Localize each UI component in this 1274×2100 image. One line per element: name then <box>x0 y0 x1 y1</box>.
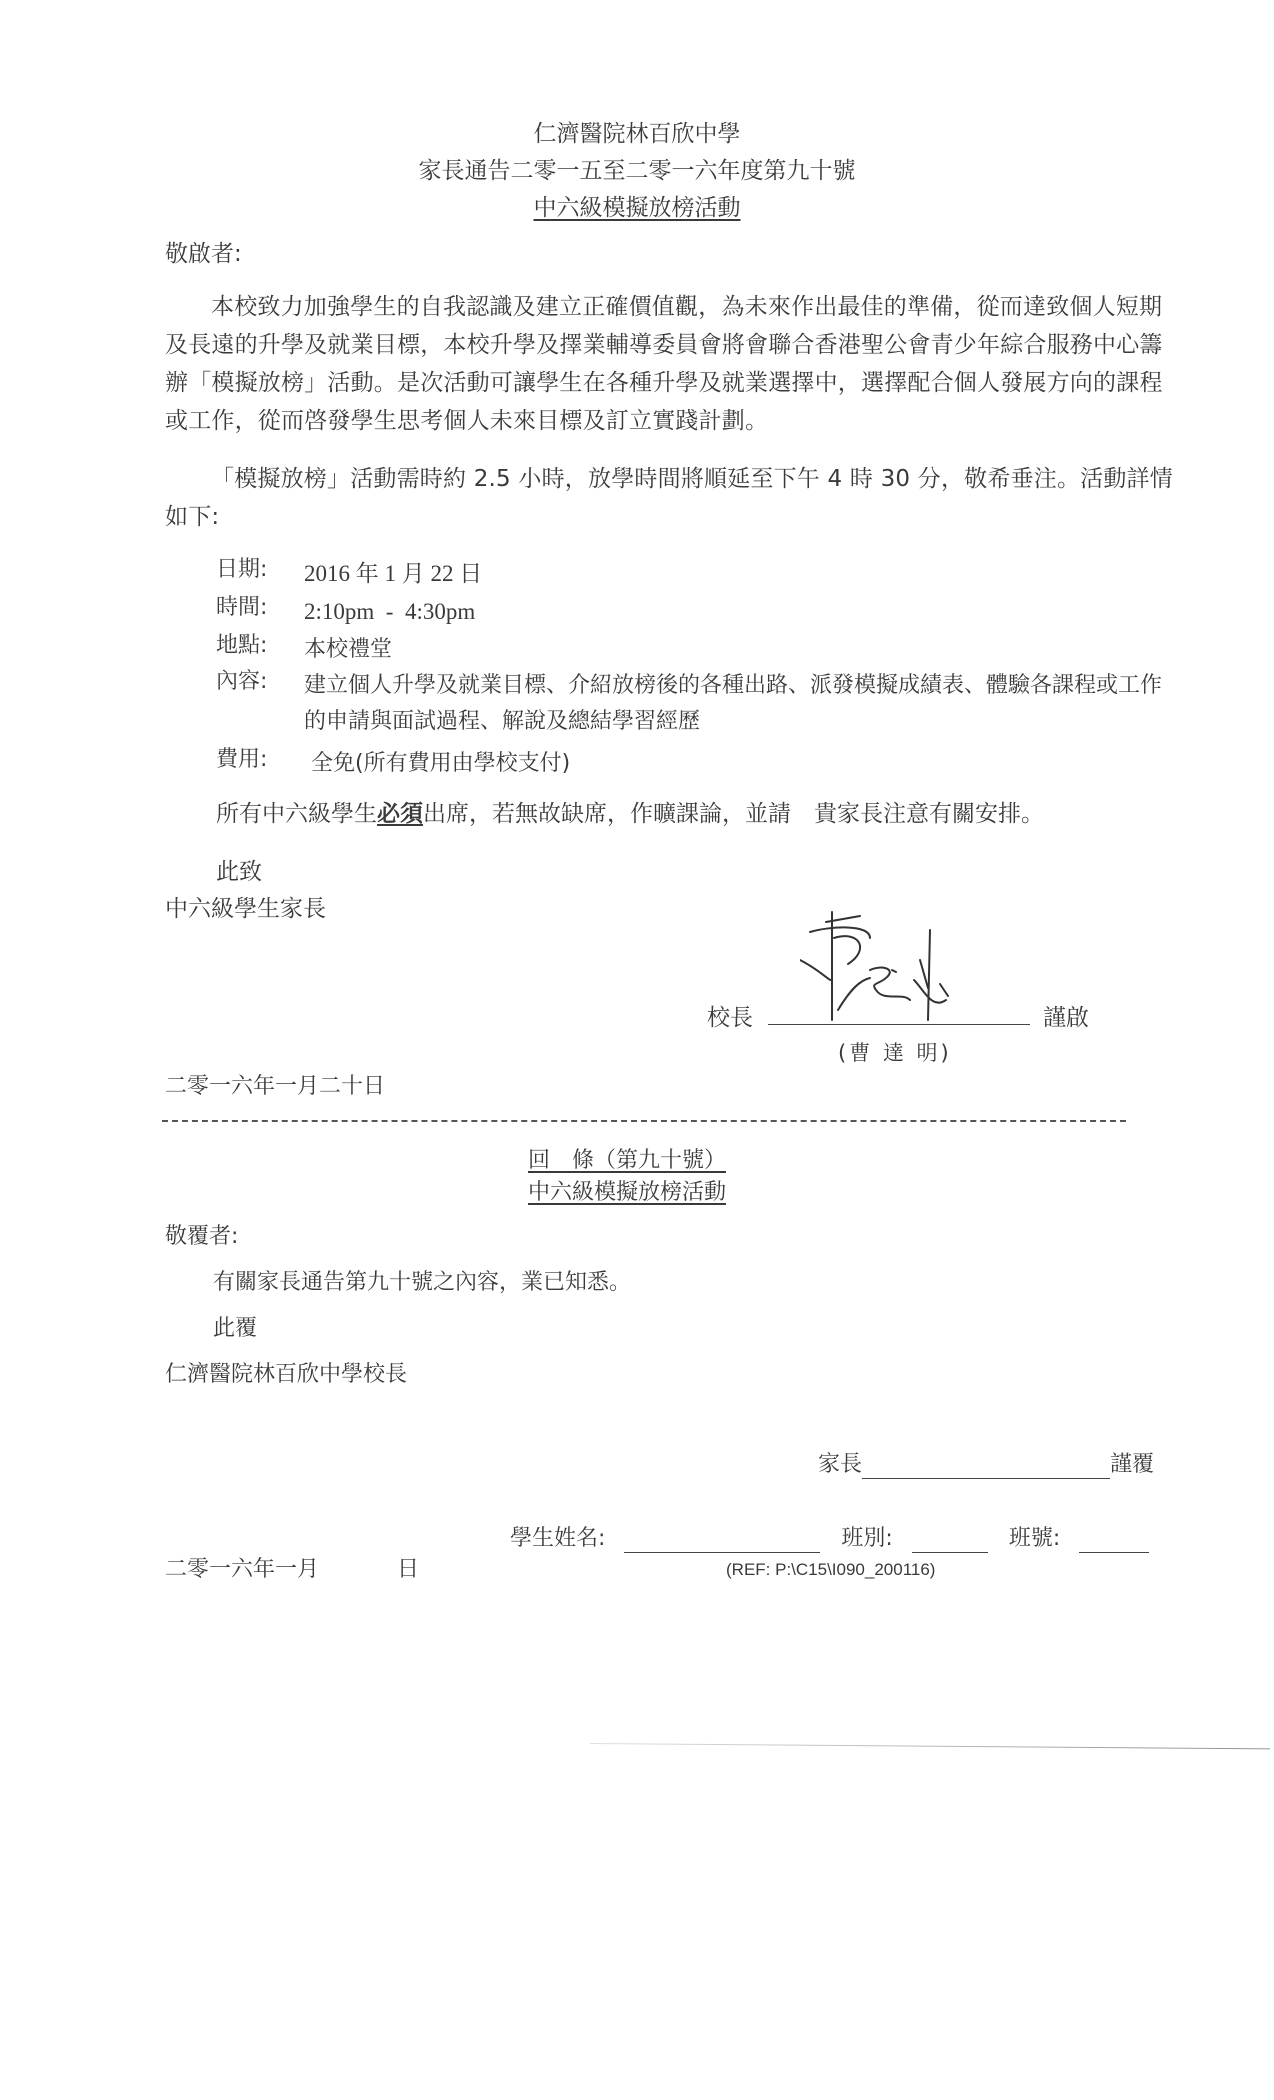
paragraph-intro: 本校致力加強學生的自我認識及建立正確價值觀，為未來作出最佳的準備，從而達致個人短… <box>165 288 1175 440</box>
cut-line-divider <box>162 1120 1126 1122</box>
notice-title: 中六級模擬放榜活動 <box>534 195 741 221</box>
principal-name: (曹 達 明) <box>838 1040 952 1066</box>
mandatory-emphasis: 必須 <box>377 801 423 827</box>
reply-date: 二零一六年一月日 <box>165 1557 419 1583</box>
detail-value: 2:10pm - 4:30pm <box>304 594 1174 630</box>
detail-content: 內容: 建立個人升學及就業目標、介紹放榜後的各種出路、派發模擬成績表、體驗各課程… <box>216 668 1174 740</box>
detail-date: 日期: 2016 年 1 月 22 日 <box>216 556 1174 592</box>
reply-slip-title: 回 條（第九十號） <box>528 1148 726 1173</box>
class-input[interactable] <box>912 1526 988 1553</box>
parent-signature-input[interactable] <box>862 1452 1110 1479</box>
principal-label: 校長 <box>707 1004 753 1032</box>
detail-value: 全免(所有費用由學校支付) <box>304 746 1174 782</box>
detail-fee: 費用: 全免(所有費用由學校支付) <box>216 746 1174 782</box>
detail-label: 內容: <box>216 668 304 740</box>
paragraph-duration: 「模擬放榜」活動需時約 2.5 小時，放學時間將順延至下午 4 時 30 分，敬… <box>165 460 1175 536</box>
class-number-label: 班號: <box>1009 1526 1060 1551</box>
detail-label: 地點: <box>216 632 304 668</box>
reference-code: (REF: P:\C15\I090_200116) <box>726 1560 935 1580</box>
recipient: 中六級學生家長 <box>165 895 326 923</box>
principal-closing: 謹啟 <box>1043 1004 1089 1032</box>
reply-body: 有關家長通告第九十號之內容，業已知悉。 <box>213 1270 631 1296</box>
reply-salutation: 敬覆者: <box>165 1224 238 1250</box>
scan-edge-line <box>590 1743 1270 1749</box>
attendance-notice: 所有中六級學生必須出席，若無故缺席，作曠課論，並請 貴家長注意有關安排。 <box>216 800 1044 828</box>
class-number-input[interactable] <box>1079 1526 1149 1553</box>
student-name-label: 學生姓名: <box>510 1526 605 1551</box>
reply-closing: 此覆 <box>213 1316 257 1342</box>
detail-value: 本校禮堂 <box>304 632 1174 668</box>
detail-time: 時間: 2:10pm - 4:30pm <box>216 594 1174 630</box>
principal-signature-icon <box>800 910 1000 1030</box>
reply-slip-subtitle: 中六級模擬放榜活動 <box>528 1180 726 1205</box>
detail-value: 2016 年 1 月 22 日 <box>304 556 1174 592</box>
school-name: 仁濟醫院林百欣中學 <box>0 120 1274 148</box>
detail-value: 建立個人升學及就業目標、介紹放榜後的各種出路、派發模擬成績表、體驗各課程或工作的… <box>304 668 1174 740</box>
notice-number: 家長通告二零一五至二零一六年度第九十號 <box>0 157 1274 185</box>
detail-label: 費用: <box>216 746 304 782</box>
parent-label: 家長 <box>818 1452 862 1477</box>
closing: 此致 <box>216 858 262 886</box>
salutation: 敬啟者: <box>165 240 242 268</box>
detail-label: 日期: <box>216 556 304 592</box>
detail-venue: 地點: 本校禮堂 <box>216 632 1174 668</box>
notice-date: 二零一六年一月二十日 <box>165 1074 385 1100</box>
class-label: 班別: <box>841 1526 892 1551</box>
detail-label: 時間: <box>216 594 304 630</box>
parent-signature-field[interactable]: 家長 謹覆 <box>818 1452 1154 1479</box>
parent-closing: 謹覆 <box>1110 1452 1154 1477</box>
reply-recipient: 仁濟醫院林百欣中學校長 <box>165 1362 407 1388</box>
student-info-row: 學生姓名: 班別: 班號: <box>510 1526 1149 1553</box>
student-name-input[interactable] <box>624 1526 820 1553</box>
